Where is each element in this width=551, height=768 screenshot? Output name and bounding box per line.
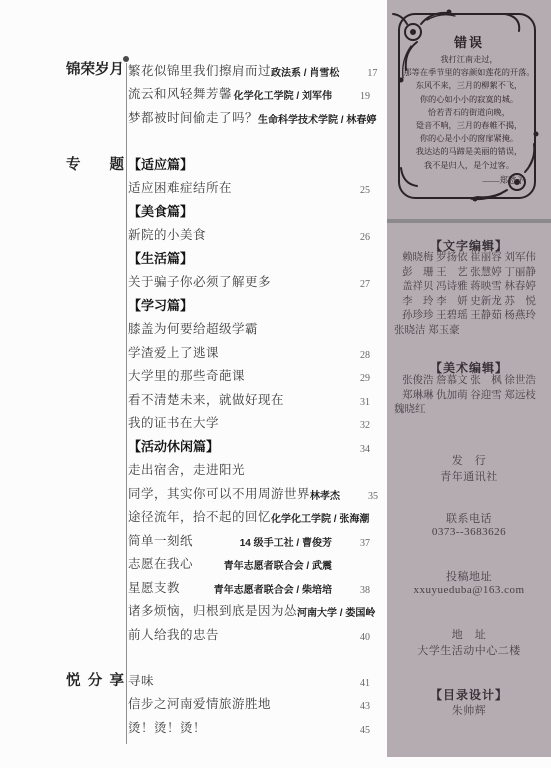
- sidebar-separator: [387, 219, 551, 223]
- toc-entry-row: 信步之河南爱情旅游胜地43: [128, 692, 370, 716]
- toc-entry-page-number: 32: [344, 420, 370, 431]
- poem-line: 那等在季节里的容颜如莲花的开落。: [387, 66, 551, 79]
- poem-line: 恰若青石的街道向晚，: [387, 106, 551, 119]
- toc-entry-page-number: 37: [344, 538, 370, 549]
- phone-heading: 联系电话: [387, 510, 551, 526]
- toc-entry-page-number: 28: [344, 350, 370, 361]
- editor-name-line: 孙珍珍 王碧瑶 王静茹 杨燕玲: [394, 309, 544, 324]
- toc-entry-title: 星愿支教: [128, 578, 214, 596]
- toc-entry-title: 我的证书在大学: [128, 413, 332, 431]
- editor-name-line: 魏晓红: [394, 403, 544, 418]
- toc-entry-row: 流云和风轻舞芳馨化学化工学院 / 刘军伟19: [128, 82, 370, 106]
- section-label: 悦分享: [66, 671, 124, 691]
- toc-entry-author: 生命科学技术学院 / 林春婷: [258, 111, 376, 126]
- poem-line: 我不是归人，是个过客。: [387, 159, 551, 172]
- toc-section-items: 【适应篇】适应困难症结所在25【美食篇】新院的小美食26【生活篇】关于骗子你必须…: [128, 152, 370, 646]
- toc-entry-title: 关于骗子你必须了解更多: [128, 272, 332, 290]
- toc-entry-title: 同学，其实你可以不用周游世界: [128, 484, 310, 502]
- editor-name-line: 郑琳琳 仇加萌 谷迎雪 郑远枝: [394, 389, 544, 404]
- toc-entry-row: 适应困难症结所在25: [128, 176, 370, 200]
- toc-entry-row: 前人给我的忠告40: [128, 622, 370, 646]
- toc-entry-author: 14 级手工社 / 曹俊芳: [240, 534, 332, 549]
- poem-line: 我达达的马蹄是美丽的错误，: [387, 145, 551, 158]
- poem-body: 我打江南走过，那等在季节里的容颜如莲花的开落。东风不来，三月的柳絮不飞，你的心如…: [387, 53, 551, 172]
- toc-entry-title: 流云和风轻舞芳馨: [128, 84, 234, 102]
- toc-entry-author: 化学化工学院 / 刘军伟: [234, 87, 332, 102]
- contents-design-name: 朱帅辉: [387, 702, 551, 718]
- submission-email: xxuyueduba@163.com: [387, 584, 551, 596]
- toc-entry-title: 膝盖为何要给超级学霸: [128, 319, 332, 337]
- toc-entry-title: 学渣爱上了逃课: [128, 343, 332, 361]
- magazine-contents-page: 锦荣岁月繁花似锦里我们擦肩而过政法系 / 肖雪松17流云和风轻舞芳馨化学化工学院…: [0, 0, 551, 768]
- section-label: 专 题: [66, 155, 124, 175]
- toc-entry-page-number: 29: [344, 373, 370, 384]
- contents-design-heading: 【目录设计】: [387, 686, 551, 703]
- toc-entry-title: 看不清楚未来，就做好现在: [128, 390, 332, 408]
- toc-entry-page-number: 43: [344, 701, 370, 712]
- toc-subheading: 【活动休闲篇】: [128, 436, 332, 455]
- toc-entry-title: 简单一刻纸: [128, 531, 240, 549]
- toc-section-items: 寻味41信步之河南爱情旅游胜地43烫！烫！烫！45: [128, 668, 370, 739]
- toc-entry-title: 前人给我的忠告: [128, 625, 332, 643]
- text-editors-names: 赖晓梅 罗扬依 崔丽容 刘军伟彭 珊 王 艺 张慧婷 丁丽静盖祥贝 冯诗雅 蒋映…: [387, 251, 551, 339]
- toc-entry-row: 学渣爱上了逃课28: [128, 340, 370, 364]
- toc-divider-line: [126, 63, 127, 744]
- toc-entry-row: 烫！烫！烫！45: [128, 715, 370, 739]
- toc-entry-title: 新院的小美食: [128, 225, 332, 243]
- toc-entry-row: 大学里的那些奇葩课29: [128, 364, 370, 388]
- submission-address-heading: 投稿地址: [387, 568, 551, 584]
- toc-entry-title: 走出宿舍，走进阳光: [128, 460, 332, 478]
- editor-name-line: 张俊浩 詹慕文 张 枫 徐世浩: [394, 374, 544, 389]
- toc-entry-title: 诸多烦恼，归根到底是因为怂: [128, 601, 297, 619]
- toc-entry-author: 青年志愿者联合会 / 武震: [224, 557, 332, 572]
- toc-subheading: 【美食篇】: [128, 201, 332, 220]
- toc-entry-page-number: 31: [344, 397, 370, 408]
- toc-entry-title: 繁花似锦里我们擦肩而过: [128, 61, 271, 79]
- toc-entry-row: 看不清楚未来，就做好现在31: [128, 387, 370, 411]
- toc-subheading: 【生活篇】: [128, 248, 332, 267]
- toc-entry-page-number: 40: [344, 632, 370, 643]
- toc-entry-author: 青年志愿者联合会 / 柴培培: [214, 581, 332, 596]
- toc-entry-page-number: 19: [344, 91, 370, 102]
- toc-entry-author: 林孝杰: [310, 487, 340, 502]
- publisher-value: 青年通讯社: [387, 468, 551, 484]
- sidebar: 错误 我打江南走过，那等在季节里的容颜如莲花的开落。东风不来，三月的柳絮不飞，你…: [387, 0, 551, 757]
- toc-entry-row: 我的证书在大学32: [128, 411, 370, 435]
- toc-subheading-row: 【美食篇】: [128, 199, 370, 223]
- section-label: 锦荣岁月: [66, 60, 124, 80]
- toc-subheading-row: 【活动休闲篇】34: [128, 434, 370, 458]
- toc-entry-title: 信步之河南爱情旅游胜地: [128, 694, 332, 712]
- toc-entry-row: 寻味41: [128, 668, 370, 692]
- poem-line: 东风不来，三月的柳絮不飞，: [387, 79, 551, 92]
- poem-title: 错误: [387, 32, 551, 51]
- toc-subheading: 【学习篇】: [128, 295, 332, 314]
- address-value: 大学生活动中心二楼: [387, 642, 551, 658]
- toc-entry-row: 途径流年，拾不起的回忆化学化工学院 / 张海潮36: [128, 505, 370, 529]
- toc-entry-title: 志愿在我心: [128, 554, 224, 572]
- toc-entry-row: 新院的小美食26: [128, 223, 370, 247]
- toc-entry-title: 途径流年，拾不起的回忆: [128, 507, 271, 525]
- editor-name-line: 盖祥贝 冯诗雅 蒋映雪 林春婷: [394, 280, 544, 295]
- art-editors-names: 张俊浩 詹慕文 张 枫 徐世浩郑琳琳 仇加萌 谷迎雪 郑远枝魏晓红: [387, 374, 551, 418]
- toc-entry-title: 适应困难症结所在: [128, 178, 332, 196]
- toc-entry-page-number: 27: [344, 279, 370, 290]
- toc-entry-row: 梦都被时间偷走了吗？生命科学技术学院 / 林春婷21: [128, 105, 370, 129]
- poem-attribution: ——郑愁予: [482, 174, 525, 186]
- toc-entry-page-number: 34: [344, 444, 370, 455]
- toc-entry-row: 走出宿舍，走进阳光: [128, 458, 370, 482]
- poem-line: 跫音不响，三月的春帷不揭，: [387, 119, 551, 132]
- poem-line: 你的心是小小的窗扉紧掩。: [387, 132, 551, 145]
- toc-entry-row: 同学，其实你可以不用周游世界林孝杰35: [128, 481, 370, 505]
- publisher-heading: 发 行: [387, 452, 551, 468]
- toc-subheading-row: 【适应篇】: [128, 152, 370, 176]
- toc-subheading-row: 【学习篇】: [128, 293, 370, 317]
- toc-entry-row: 关于骗子你必须了解更多27: [128, 270, 370, 294]
- phone-number: 0373--3683626: [387, 526, 551, 538]
- poem-line: 你的心如小小的寂寞的城。: [387, 93, 551, 106]
- poem-box: 错误 我打江南走过，那等在季节里的容颜如莲花的开落。东风不来，三月的柳絮不飞，你…: [387, 0, 551, 212]
- toc-entry-title: 烫！烫！烫！: [128, 718, 332, 736]
- poem-line: 我打江南走过，: [387, 53, 551, 66]
- toc-entry-page-number: 25: [344, 185, 370, 196]
- toc-section-items: 繁花似锦里我们擦肩而过政法系 / 肖雪松17流云和风轻舞芳馨化学化工学院 / 刘…: [128, 58, 370, 129]
- toc-entry-page-number: 35: [352, 491, 378, 502]
- toc-entry-row: 简单一刻纸14 级手工社 / 曹俊芳37: [128, 528, 370, 552]
- toc-entry-page-number: 17: [351, 68, 377, 79]
- toc-subheading: 【适应篇】: [128, 154, 332, 173]
- toc-entry-row: 繁花似锦里我们擦肩而过政法系 / 肖雪松17: [128, 58, 370, 82]
- editor-name-line: 赖晓梅 罗扬依 崔丽容 刘军伟: [394, 251, 544, 266]
- toc-entry-author: 政法系 / 肖雪松: [271, 64, 339, 79]
- table-of-contents: 锦荣岁月繁花似锦里我们擦肩而过政法系 / 肖雪松17流云和风轻舞芳馨化学化工学院…: [0, 0, 387, 768]
- toc-entry-title: 大学里的那些奇葩课: [128, 366, 332, 384]
- toc-entry-row: 星愿支教青年志愿者联合会 / 柴培培38: [128, 575, 370, 599]
- editor-name-line: 彭 珊 王 艺 张慧婷 丁丽静: [394, 266, 544, 281]
- toc-entry-row: 诸多烦恼，归根到底是因为怂河南大学 / 娄国岭39: [128, 599, 370, 623]
- toc-entry-row: 志愿在我心青年志愿者联合会 / 武震: [128, 552, 370, 576]
- toc-entry-author: 河南大学 / 娄国岭: [297, 604, 375, 619]
- toc-entry-title: 梦都被时间偷走了吗？: [128, 108, 258, 126]
- toc-entry-page-number: 41: [344, 678, 370, 689]
- toc-entry-author: 化学化工学院 / 张海潮: [271, 510, 369, 525]
- editor-name-line: 李 玲 李 妍 史新龙 苏 悦: [394, 295, 544, 310]
- toc-subheading-row: 【生活篇】: [128, 246, 370, 270]
- toc-entry-page-number: 38: [344, 585, 370, 596]
- editor-name-line: 张晓洁 郑玉豪: [394, 324, 544, 339]
- toc-entry-title: 寻味: [128, 671, 332, 689]
- address-heading: 地 址: [387, 626, 551, 642]
- toc-entry-page-number: 45: [344, 725, 370, 736]
- toc-entry-page-number: 26: [344, 232, 370, 243]
- toc-entry-row: 膝盖为何要给超级学霸: [128, 317, 370, 341]
